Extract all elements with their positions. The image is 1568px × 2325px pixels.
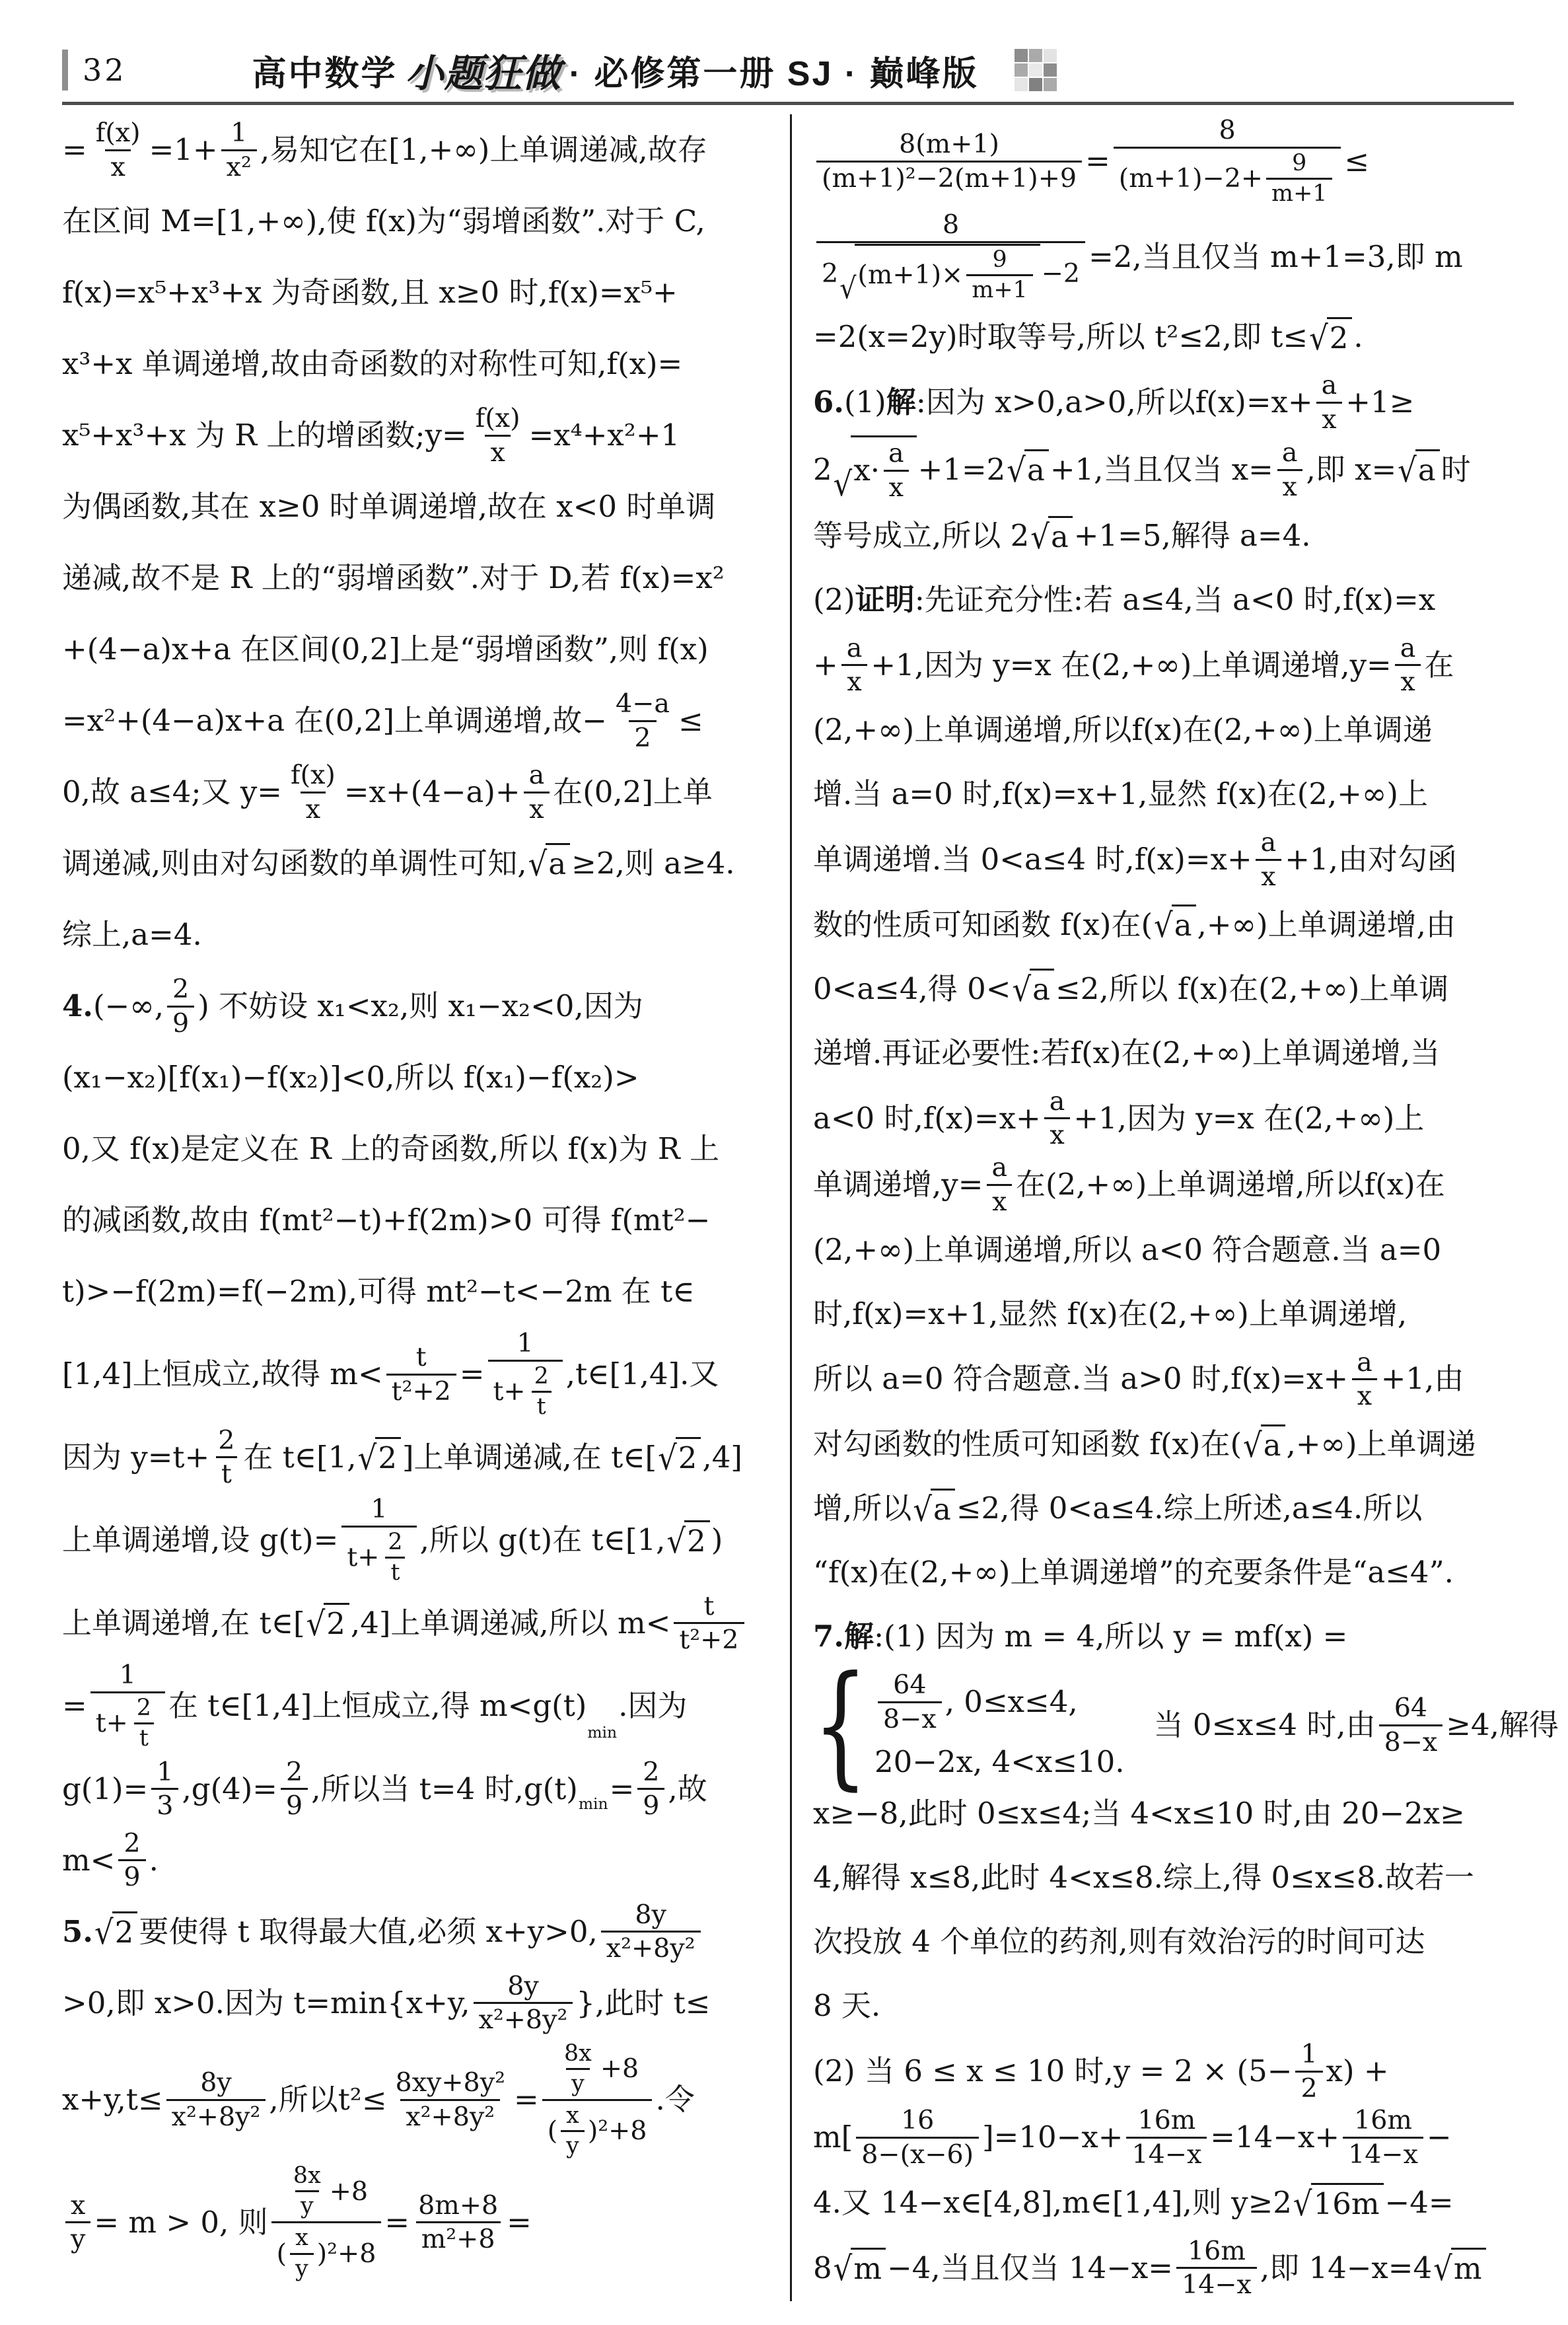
content-line: g(1)=13,g(4)=29,所以当 t=4 时,g(t)min=29,故 xyxy=(62,1753,782,1825)
content-line: 4.又 14−x∈[4,8],m∈[1,4],则 y≥2 √16m−4= xyxy=(813,2171,1536,2235)
logo-square xyxy=(1044,49,1057,62)
content-line: 递减,故不是 R 上的“弱增函数”.对于 D,若 f(x)=x² xyxy=(62,542,782,614)
content-line: =2(x=2y)时取等号,所以 t²≤2,即 t≤√2. xyxy=(813,305,1536,369)
logo-square xyxy=(1044,78,1057,91)
logo-square xyxy=(1029,78,1042,91)
content-line: 0<a≤4,得 0<√a≤2,所以 f(x)在(2,+∞)上单调 xyxy=(813,957,1536,1021)
content-line: 所以 a=0 符合题意.当 a>0 时,f(x)=x+ax+1,由 xyxy=(813,1347,1536,1413)
content-line: 综上,a=4. xyxy=(62,899,782,971)
content-line: “f(x)在(2,+∞)上单调递增”的充要条件是“a≤4”. xyxy=(813,1541,1536,1605)
content-line: 在区间 M=[1,+∞),使 f(x)为“弱增函数”.对于 C, xyxy=(62,186,782,257)
content-line: 0,又 f(x)是定义在 R 上的奇函数,所以 f(x)为 R 上 xyxy=(62,1113,782,1185)
content-line: 对勾函数的性质可知函数 f(x)在(√a,+∞)上单调递 xyxy=(813,1413,1536,1477)
content-line: [1,4]上恒成立,故得 m<tt²+2=1t+2t,t∈[1,4].又 xyxy=(62,1327,782,1422)
content-line: 6. (1)解:因为 x>0,a>0,所以f(x)=x+ax+1≥ xyxy=(813,369,1536,435)
column-left: =f(x)x=1+1x²,易知它在[1,+∞)上单调递减,故存在区间 M=[1,… xyxy=(62,114,782,2284)
content-line: 2√x·ax+1=2√a+1,当且仅当 x=ax,即 x=√a时 xyxy=(813,435,1536,503)
content-line: 5. √2 要使得 t 取得最大值,必须 x+y>0,8yx²+8y² xyxy=(62,1896,782,1968)
content-line: 递增.再证必要性:若f(x)在(2,+∞)上单调递增,当 xyxy=(813,1021,1536,1086)
logo-square xyxy=(1029,63,1042,77)
content-line: 增.当 a=0 时,f(x)=x+1,显然 f(x)在(2,+∞)上 xyxy=(813,762,1536,827)
content-line: 次投放 4 个单位的药剂,则有效治污的时间可达 xyxy=(813,1910,1536,1974)
content-line: x⁵+x³+x 为 R 上的增函数;y=f(x)x=x⁴+x²+1 xyxy=(62,400,782,471)
page-header: 32 高中数学 小题狂做 · 必修第一册 SJ · 巅峰版 xyxy=(62,38,1514,105)
book-title-suffix: · 必修第一册 SJ · 巅峰版 xyxy=(569,46,979,95)
content: =f(x)x=1+1x²,易知它在[1,+∞)上单调递减,故存在区间 M=[1,… xyxy=(62,114,1514,2301)
content-line: a<0 时,f(x)=x+ax+1,因为 y=x 在(2,+∞)上 xyxy=(813,1086,1536,1152)
logo-square xyxy=(1029,49,1042,62)
content-line: 时,f(x)=x+1,显然 f(x)在(2,+∞)上单调递增, xyxy=(813,1282,1536,1347)
content-line: 的减函数,故由 f(mt²−t)+f(2m)>0 可得 f(mt²− xyxy=(62,1185,782,1256)
content-line: =1t+2t在 t∈[1,4]上恒成立,得 m<g(t)min.因为 xyxy=(62,1659,782,1753)
content-line: 上单调递增,设 g(t)=1t+2t,所以 g(t)在 t∈[1,√2) xyxy=(62,1493,782,1588)
content-line: 增,所以√a≤2,得 0<a≤4.综上所述,a≤4.所以 xyxy=(813,1477,1536,1541)
content-line: 4. (−∞,29) 不妨设 x₁<x₂,则 x₁−x₂<0,因为 xyxy=(62,971,782,1042)
logo-square xyxy=(1015,78,1028,91)
content-line: x+y,t≤8yx²+8y²,所以t²≤8xy+8y²x²+8y²=8xy+8(… xyxy=(62,2039,782,2161)
content-line: 为偶函数,其在 x≥0 时单调递增,故在 x<0 时单调 xyxy=(62,471,782,542)
content-line: 7. 解:(1) 因为 m = 4,所以 y = mf(x) = xyxy=(813,1605,1536,1669)
content-line: f(x)=x⁵+x³+x 为奇函数,且 x≥0 时,f(x)=x⁵+ xyxy=(62,257,782,328)
content-line: 8 √m−4,当且仅当 14−x=16m14−x,即 14−x=4 √m xyxy=(813,2235,1536,2301)
content-line: (2) 当 6 ≤ x ≤ 10 时,y = 2 × (5−12x) + xyxy=(813,2038,1536,2104)
content-line: 单调递增,y=ax在(2,+∞)上单调递增,所以f(x)在 xyxy=(813,1152,1536,1218)
content-line: 数的性质可知函数 f(x)在(√a,+∞)上单调递增,由 xyxy=(813,893,1536,957)
content-line: +(4−a)x+a 在区间(0,2]上是“弱增函数”,则 f(x) xyxy=(62,614,782,685)
content-line: >0,即 x>0.因为 t=min{x+y,8yx²+8y²},此时 t≤ xyxy=(62,1968,782,2039)
content-line: x≥−8,此时 0≤x≤4;当 4<x≤10 时,由 20−2x≥ xyxy=(813,1782,1536,1846)
logo-square xyxy=(1015,63,1028,77)
content-line: 8 天. xyxy=(813,1974,1536,2038)
content-line: (x₁−x₂)[f(x₁)−f(x₂)]<0,所以 f(x₁)−f(x₂)> xyxy=(62,1042,782,1113)
content-line: +ax+1,因为 y=x 在(2,+∞)上单调递增,y=ax 在 xyxy=(813,632,1536,698)
content-line: 单调递增.当 0<a≤4 时,f(x)=x+ax+1,由对勾函 xyxy=(813,827,1536,893)
content-line: 82√(m+1)×9m+1−2=2,当且仅当 m+1=3,即 m xyxy=(813,209,1536,305)
brand-logo-text: 小题狂做 xyxy=(406,42,561,98)
content-line: 因为 y=t+2t在 t∈[1,√2]上单调递减,在 t∈[√2,4] xyxy=(62,1422,782,1493)
content-line: 4,解得 x≤8,此时 4<x≤8.综上,得 0≤x≤8.故若一 xyxy=(813,1846,1536,1910)
content-line: 等号成立,所以 2√a+1=5,解得 a=4. xyxy=(813,504,1536,568)
page-number: 32 xyxy=(83,52,127,88)
logo-square xyxy=(1044,63,1057,77)
content-line: 0,故 a≤4;又 y=f(x)x=x+(4−a)+ax在(0,2]上单 xyxy=(62,757,782,828)
content-line: m<29. xyxy=(62,1825,782,1896)
checker-logo xyxy=(1015,49,1057,91)
content-line: t)>−f(2m)=f(−2m),可得 mt²−t<−2m 在 t∈ xyxy=(62,1256,782,1327)
content-line: =x²+(4−a)x+a 在(0,2]上单调递增,故−4−a2≤ xyxy=(62,685,782,757)
content-line: =f(x)x=1+1x²,易知它在[1,+∞)上单调递减,故存 xyxy=(62,114,782,186)
content-line: xy = m > 0, 则 8xy+8(xy)²+8 = 8m+8m²+8 = xyxy=(62,2161,782,2283)
content-line: 调递减,则由对勾函数的单调性可知,√a≥2,则 a≥4. xyxy=(62,828,782,899)
content-line: {648−x, 0≤x≤4,20−2x, 4<x≤10.当 0≤x≤4 时,由6… xyxy=(813,1669,1536,1782)
column-right: 8(m+1)(m+1)²−2(m+1)+9 = 8(m+1)−2+9m+1 ≤8… xyxy=(790,114,1536,2301)
content-line: (2) 证明:先证充分性:若 a≤4,当 a<0 时,f(x)=x xyxy=(813,568,1536,632)
content-line: 上单调递增,在 t∈[√2,4]上单调递减,所以 m<tt²+2 xyxy=(62,1588,782,1659)
content-line: 8(m+1)(m+1)²−2(m+1)+9 = 8(m+1)−2+9m+1 ≤ xyxy=(813,114,1536,209)
content-line: (2,+∞)上单调递增,所以 a<0 符合题意.当 a=0 xyxy=(813,1218,1536,1282)
content-line: m[168−(x−6)]=10−x+16m14−x=14−x+16m14−x− xyxy=(813,2104,1536,2170)
content-line: x³+x 单调递增,故由奇函数的对称性可知,f(x)= xyxy=(62,328,782,400)
header-left-bar xyxy=(62,50,68,91)
page: 32 高中数学 小题狂做 · 必修第一册 SJ · 巅峰版 =f(x)x=1+1… xyxy=(0,0,1568,2301)
content-line: (2,+∞)上单调递增,所以f(x)在(2,+∞)上单调递 xyxy=(813,698,1536,762)
book-title-prefix: 高中数学 xyxy=(252,46,398,95)
book-title: 高中数学 小题狂做 · 必修第一册 SJ · 巅峰版 xyxy=(252,42,979,98)
logo-square xyxy=(1015,49,1028,62)
